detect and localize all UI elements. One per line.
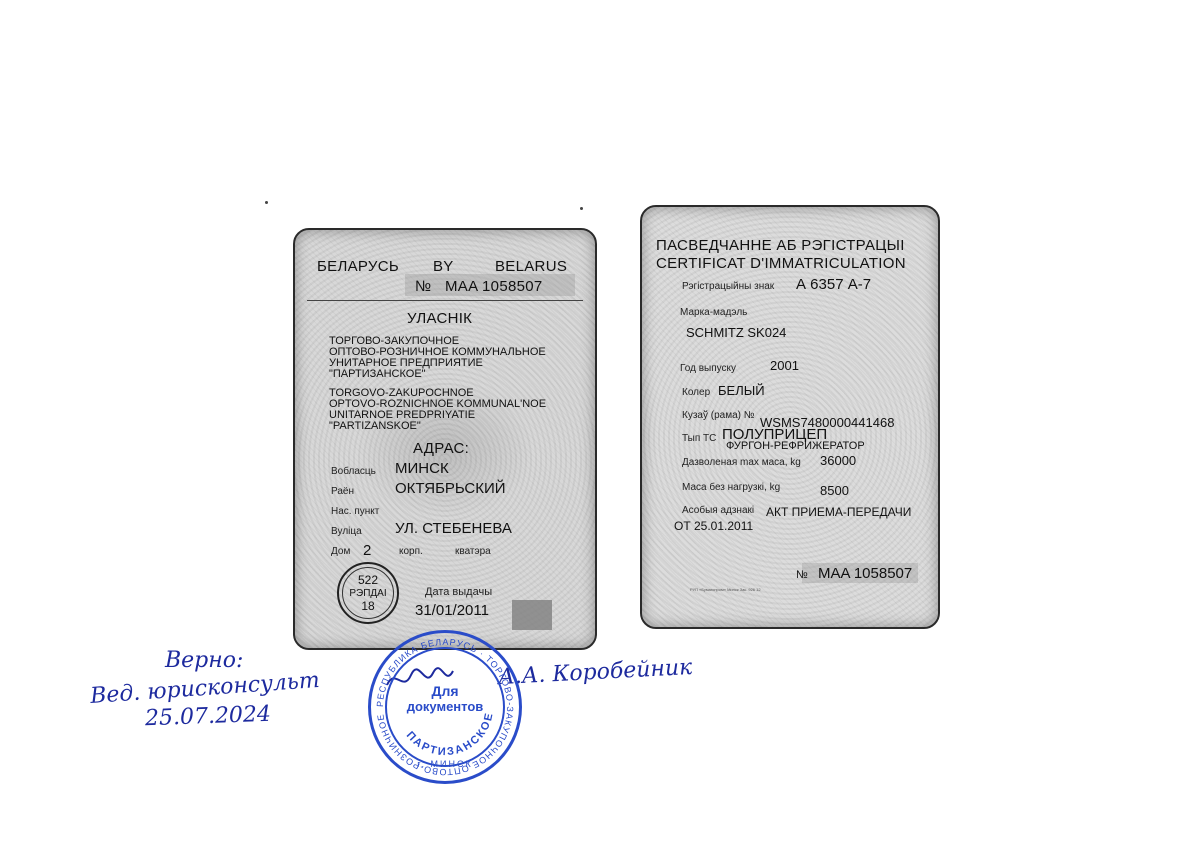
- signer-name: А.А. Коробейник: [497, 655, 692, 690]
- vehicle-subtype-value: ФУРГОН-РЕФРИЖЕРАТОР: [726, 440, 865, 452]
- printer-note: РУП «Бумагопром» Минск Зак. 926 12: [690, 587, 761, 592]
- empty-mass-label: Маса без нагрузкі, kg: [682, 482, 780, 493]
- hologram-patch: [512, 600, 552, 630]
- country-en: BELARUS: [495, 258, 567, 275]
- issue-date: 31/01/2011: [415, 602, 489, 619]
- number-symbol: №: [415, 278, 431, 295]
- scan-speck: [580, 207, 583, 210]
- empty-mass-value: 8500: [820, 483, 849, 498]
- owner-name-ru: ТОРГОВО-ЗАКУПОЧНОЕ ОПТОВО-РОЗНИЧНОЕ КОММ…: [329, 336, 546, 380]
- region-label: Вобласць: [331, 466, 376, 477]
- certification-verified: Верно:: [165, 648, 243, 673]
- color-label: Колер: [682, 387, 710, 398]
- owner-name-lat: TORGOVO-ZAKUPOCHNOE OPTOVO-ROZNICHNOE KO…: [329, 388, 546, 432]
- notes-value-date: ОТ 25.01.2011: [674, 519, 753, 533]
- body-number-label: Кузаў (рама) №: [682, 410, 754, 421]
- svg-text:ПАРТИЗАНСКОЕ: ПАРТИЗАНСКОЕ: [404, 711, 496, 759]
- district-value: ОКТЯБРЬСКИЙ: [395, 480, 506, 497]
- address-heading: АДРАС:: [413, 440, 469, 457]
- country-ru: БЕЛАРУСЬ: [317, 258, 399, 275]
- street-label: Вуліца: [331, 526, 362, 537]
- registration-card-front: БЕЛАРУСЬ BY BELARUS № MAA 1058507 УЛАСНІ…: [293, 228, 597, 650]
- make-label: Марка-мадэль: [680, 307, 747, 318]
- company-seal-stamp: РЕСПУБЛИКА БЕЛАРУСЬ · ТОРГОВО-ЗАКУПОЧНОЕ…: [368, 630, 522, 784]
- certification-title: Вед. юрисконсульт: [89, 668, 320, 709]
- notes-label: Асобыя адзнакі: [682, 505, 754, 516]
- building-label: корп.: [399, 546, 423, 557]
- issue-date-label: Дата выдачы: [425, 586, 492, 598]
- district-label: Раён: [331, 486, 354, 497]
- owner-heading: УЛАСНІК: [407, 310, 472, 327]
- locality-label: Нас. пункт: [331, 506, 379, 517]
- notes-value: АКТ ПРИЕМА-ПЕРЕДАЧИ: [766, 505, 911, 519]
- divider: [307, 300, 583, 301]
- region-value: МИНСК: [395, 460, 449, 477]
- vehicle-type-label: Тып ТС: [682, 433, 716, 444]
- year-value: 2001: [770, 358, 799, 373]
- street-value: УЛ. СТЕБЕНЕВА: [395, 520, 512, 537]
- title-by: ПАСВЕДЧАННЕ АБ РЭГІСТРАЦЫІ: [656, 237, 905, 254]
- country-code: BY: [433, 258, 454, 275]
- stamp-center-line2: документов: [371, 699, 519, 714]
- max-mass-label: Дазволеная max маса, kg: [682, 457, 801, 468]
- plate-label: Рэгістрацыйны знак: [682, 281, 774, 292]
- certification-date: 25.07.2024: [145, 702, 272, 731]
- registry-seal: 522 РЭПДАІ 18: [337, 562, 399, 624]
- document-number: MAA 1058507: [445, 278, 543, 295]
- apartment-label: кватэра: [455, 546, 491, 557]
- color-value: БЕЛЫЙ: [718, 383, 765, 398]
- registration-card-back: ПАСВЕДЧАННЕ АБ РЭГІСТРАЦЫІ CERTIFICAT D'…: [640, 205, 940, 629]
- make-value: SCHMITZ SK024: [686, 325, 786, 340]
- number-symbol: №: [796, 569, 808, 581]
- scan-speck: [265, 201, 268, 204]
- document-number: MAA 1058507: [818, 565, 912, 582]
- year-label: Год выпуску: [680, 363, 736, 374]
- plate-value: А 6357 А-7: [796, 276, 871, 293]
- stamp-center-line1: Для: [371, 683, 519, 699]
- max-mass-value: 36000: [820, 453, 856, 468]
- house-value: 2: [363, 542, 371, 559]
- house-label: Дом: [331, 546, 350, 557]
- title-fr: CERTIFICAT D'IMMATRICULATION: [656, 255, 906, 272]
- stamp-city: г. МИНСК: [371, 759, 519, 769]
